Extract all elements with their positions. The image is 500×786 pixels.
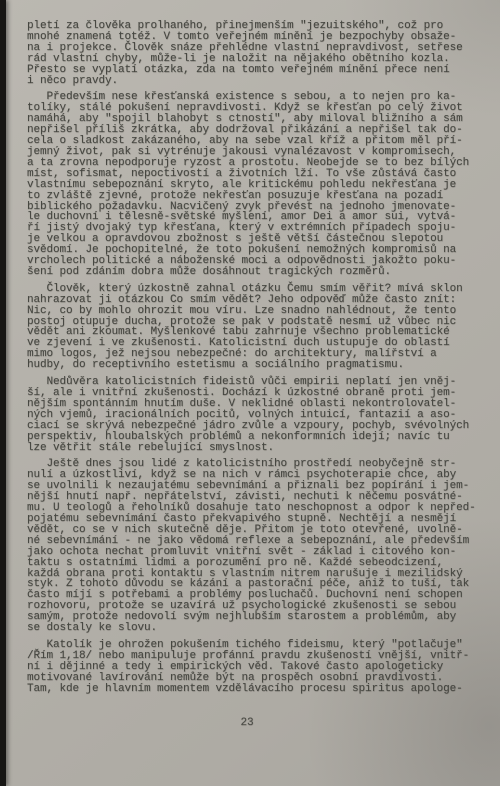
page-number: 23 [27, 718, 467, 729]
paragraph-3: Člověk, který úzkostně zahnal otázku Čem… [27, 284, 498, 371]
page-content: pletí za člověka prolhaného, přinejmenší… [27, 21, 498, 729]
paragraph-5: Ještě dnes jsou lidé z katolicistního pr… [27, 459, 498, 634]
scan-edge-left [0, 0, 6, 786]
paragraph-4: Nedůvěra katolicistních fideistů vůči em… [27, 377, 498, 453]
paragraph-6: Katolík je ohrožen pokušením tichého fid… [27, 640, 498, 695]
paragraph-2: Především nese křesťanská existence s se… [27, 92, 498, 277]
scanned-page: pletí za člověka prolhaného, přinejmenší… [0, 0, 500, 786]
paragraph-1: pletí za člověka prolhaného, přinejmenší… [27, 21, 498, 86]
